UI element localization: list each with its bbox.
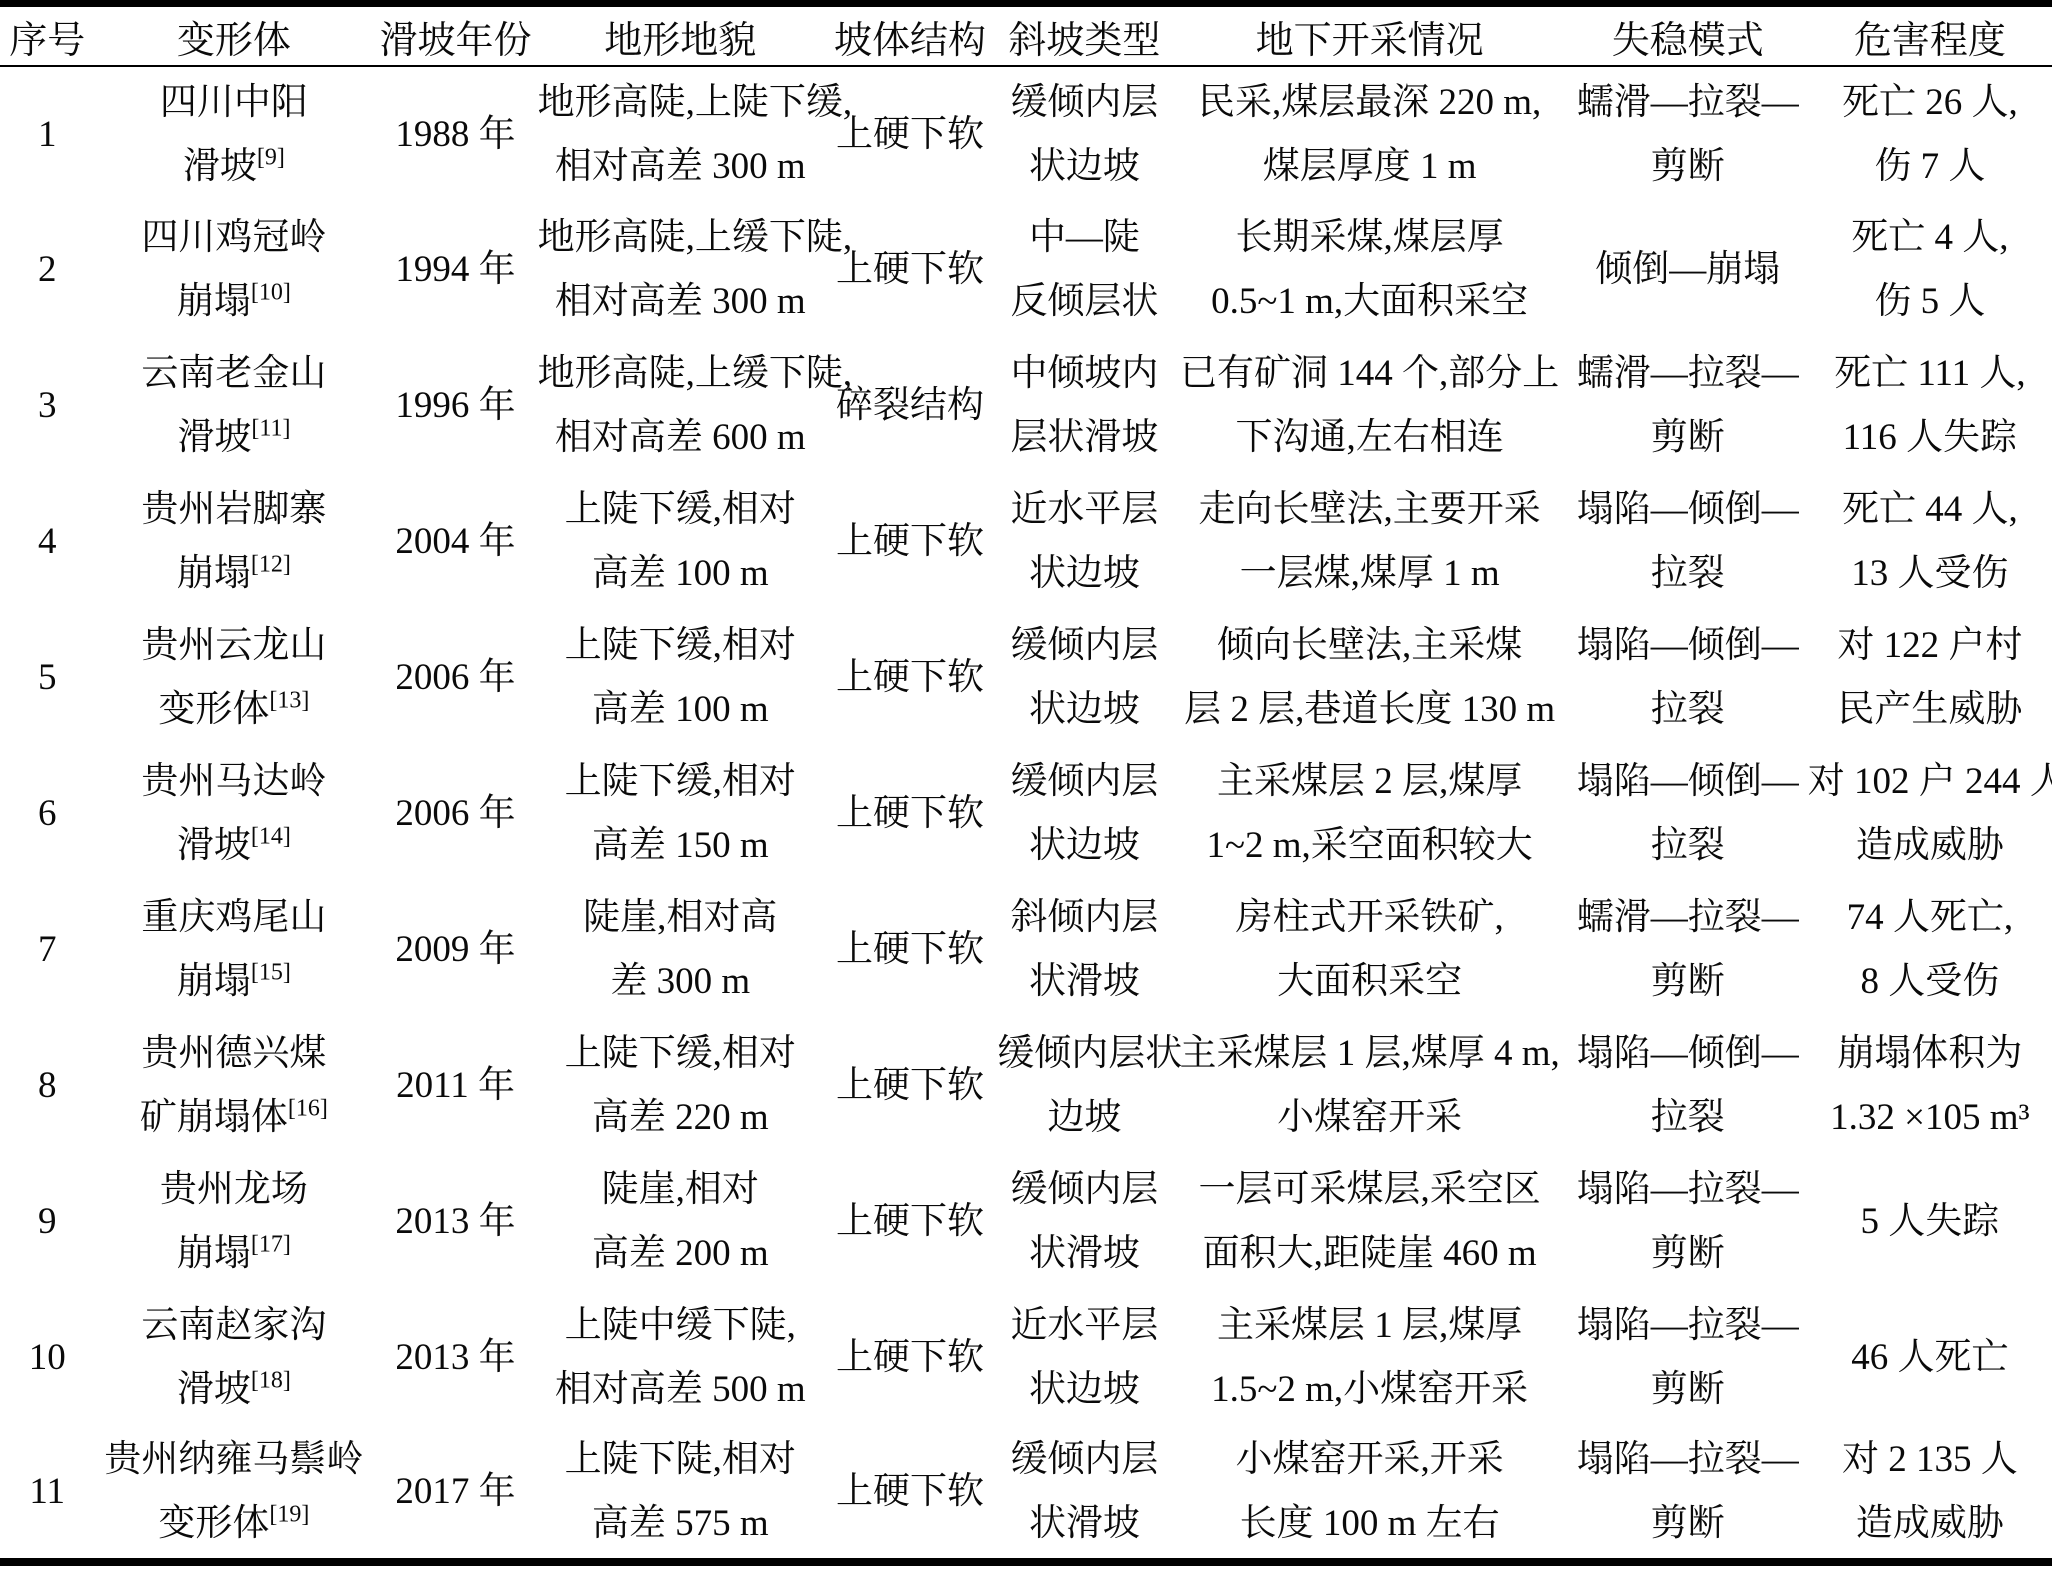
cell-year: 2004 年 xyxy=(373,474,537,610)
cell-line: 剪断 xyxy=(1568,135,1808,199)
cell-line: 伤 5 人 xyxy=(1808,270,2052,334)
cell-line: 陡崖,相对 xyxy=(538,1158,823,1222)
cell-line: 煤层厚度 1 m xyxy=(1172,135,1568,199)
table-row: 7重庆鸡尾山崩塌[15]2009 年陡崖,相对高差 300 m上硬下软斜倾内层状… xyxy=(0,882,2052,1018)
cell-mining-condition: 房柱式开采铁矿,大面积采空 xyxy=(1172,882,1568,1018)
cell-line: 高差 150 m xyxy=(538,814,823,878)
cell-line: 民采,煤层最深 220 m, xyxy=(1172,71,1568,135)
cell-damage-degree: 死亡 111 人,116 人失踪 xyxy=(1808,338,2052,474)
cell-line: 拉裂 xyxy=(1568,542,1808,606)
cell-line: 相对高差 500 m xyxy=(538,1358,823,1422)
cell-damage-degree: 对 102 户 244 人造成威胁 xyxy=(1808,746,2052,882)
cell-line: 116 人失踪 xyxy=(1808,406,2052,470)
cell-slope-structure: 上硬下软 xyxy=(823,746,997,882)
cell-year: 2017 年 xyxy=(373,1426,537,1562)
cell-line: 9 xyxy=(0,1190,94,1254)
table-header: 序号 变形体 滑坡年份 地形地貌 坡体结构 斜坡类型 地下开采情况 失稳模式 危… xyxy=(0,4,2052,67)
cell-line: 贵州龙场 xyxy=(94,1158,373,1222)
cell-line: 状边坡 xyxy=(997,1358,1171,1422)
cell-slope-type: 近水平层状边坡 xyxy=(997,474,1171,610)
cell-line: 死亡 26 人, xyxy=(1808,71,2052,135)
cell-line: 8 人受伤 xyxy=(1808,950,2052,1014)
cell-line: 剪断 xyxy=(1568,950,1808,1014)
cell-deformation-body: 四川鸡冠岭崩塌[10] xyxy=(94,202,373,338)
cell-line: 1 xyxy=(0,103,94,167)
table-body: 1四川中阳滑坡[9]1988 年地形高陡,上陡下缓,相对高差 300 m上硬下软… xyxy=(0,66,2052,1562)
cell-line: 一层煤,煤厚 1 m xyxy=(1172,542,1568,606)
reference-superscript: [13] xyxy=(269,688,309,714)
cell-deformation-body: 贵州德兴煤矿崩塌体[16] xyxy=(94,1018,373,1154)
cell-slope-type: 缓倾内层状边坡 xyxy=(997,610,1171,746)
cell-mining-condition: 倾向长壁法,主采煤层 2 层,巷道长度 130 m xyxy=(1172,610,1568,746)
cell-line: 上硬下软 xyxy=(823,1326,997,1390)
cell-line: 2011 年 xyxy=(373,1054,537,1118)
cell-line: 高差 200 m xyxy=(538,1222,823,1286)
cell-terrain: 上陡下缓,相对高差 150 m xyxy=(538,746,823,882)
cell-line: 地形高陡,上缓下陡, xyxy=(538,206,823,270)
cell-deformation-body: 贵州马达岭滑坡[14] xyxy=(94,746,373,882)
cell-line: 伤 7 人 xyxy=(1808,135,2052,199)
cell-line: 下沟通,左右相连 xyxy=(1172,406,1568,470)
cell-line: 1988 年 xyxy=(373,103,537,167)
cell-line: 2013 年 xyxy=(373,1190,537,1254)
cell-line: 斜倾内层 xyxy=(997,886,1171,950)
cell-line: 滑坡[18] xyxy=(94,1358,373,1422)
reference-superscript: [19] xyxy=(269,1502,309,1528)
cell-line: 云南老金山 xyxy=(94,342,373,406)
cell-line: 缓倾内层 xyxy=(997,614,1171,678)
cell-line: 上陡下缓,相对 xyxy=(538,750,823,814)
cell-mining-condition: 小煤窑开采,开采长度 100 m 左右 xyxy=(1172,1426,1568,1562)
cell-deformation-body: 贵州云龙山变形体[13] xyxy=(94,610,373,746)
cell-line: 边坡 xyxy=(997,1086,1171,1150)
cell-line: 缓倾内层 xyxy=(997,750,1171,814)
cell-line: 层 2 层,巷道长度 130 m xyxy=(1172,678,1568,742)
cell-year: 1994 年 xyxy=(373,202,537,338)
cell-line: 缓倾内层状 xyxy=(997,1022,1171,1086)
cell-line: 蠕滑—拉裂— xyxy=(1568,71,1808,135)
table-row: 3云南老金山滑坡[11]1996 年地形高陡,上缓下陡,相对高差 600 m碎裂… xyxy=(0,338,2052,474)
cell-line: 上陡下缓,相对 xyxy=(538,1022,823,1086)
cell-line: 拉裂 xyxy=(1568,814,1808,878)
cell-line: 贵州岩脚寨 xyxy=(94,478,373,542)
cell-slope-type: 近水平层状边坡 xyxy=(997,1290,1171,1426)
cell-line: 1.5~2 m,小煤窑开采 xyxy=(1172,1358,1568,1422)
cell-line: 剪断 xyxy=(1568,1492,1808,1556)
cell-line: 变形体[19] xyxy=(94,1492,373,1556)
cell-line: 上硬下软 xyxy=(823,1054,997,1118)
cell-deformation-body: 云南老金山滑坡[11] xyxy=(94,338,373,474)
cell-line: 面积大,距陡崖 460 m xyxy=(1172,1222,1568,1286)
cell-line: 状边坡 xyxy=(997,135,1171,199)
cell-line: 上硬下软 xyxy=(823,510,997,574)
cell-line: 塌陷—倾倒— xyxy=(1568,750,1808,814)
cell-line: 已有矿洞 144 个,部分上 xyxy=(1172,342,1568,406)
cell-line: 崩塌[10] xyxy=(94,270,373,334)
cell-line: 小煤窑开采 xyxy=(1172,1086,1568,1150)
cell-line: 5 xyxy=(0,646,94,710)
header-row: 序号 变形体 滑坡年份 地形地貌 坡体结构 斜坡类型 地下开采情况 失稳模式 危… xyxy=(0,4,2052,67)
cell-terrain: 地形高陡,上缓下陡,相对高差 300 m xyxy=(538,202,823,338)
column-header-damage-degree: 危害程度 xyxy=(1808,4,2052,67)
column-header-terrain: 地形地貌 xyxy=(538,4,823,67)
cell-terrain: 陡崖,相对高差 300 m xyxy=(538,882,823,1018)
cell-slope-type: 缓倾内层状边坡 xyxy=(997,66,1171,202)
cell-line: 贵州德兴煤 xyxy=(94,1022,373,1086)
cell-line: 上硬下软 xyxy=(823,1460,997,1524)
cell-line: 上硬下软 xyxy=(823,103,997,167)
cell-line: 2004 年 xyxy=(373,510,537,574)
cell-line: 46 人死亡 xyxy=(1808,1326,2052,1390)
cell-slope-structure: 上硬下软 xyxy=(823,474,997,610)
cell-no: 8 xyxy=(0,1018,94,1154)
cell-line: 缓倾内层 xyxy=(997,1428,1171,1492)
cell-line: 4 xyxy=(0,510,94,574)
cell-line: 上硬下软 xyxy=(823,646,997,710)
cell-line: 大面积采空 xyxy=(1172,950,1568,1014)
cell-damage-degree: 对 2 135 人造成威胁 xyxy=(1808,1426,2052,1562)
cell-line: 8 xyxy=(0,1054,94,1118)
cell-line: 上硬下软 xyxy=(823,918,997,982)
cell-line: 崩塌[12] xyxy=(94,542,373,606)
cell-no: 6 xyxy=(0,746,94,882)
column-header-deformation-body: 变形体 xyxy=(94,4,373,67)
cell-line: 2006 年 xyxy=(373,782,537,846)
cell-line: 1994 年 xyxy=(373,238,537,302)
cell-damage-degree: 死亡 26 人,伤 7 人 xyxy=(1808,66,2052,202)
cell-line: 陡崖,相对高 xyxy=(538,886,823,950)
cell-line: 上硬下软 xyxy=(823,1190,997,1254)
cell-line: 相对高差 300 m xyxy=(538,270,823,334)
cell-line: 74 人死亡, xyxy=(1808,886,2052,950)
reference-superscript: [17] xyxy=(251,1232,291,1258)
cell-line: 上陡下缓,相对 xyxy=(538,614,823,678)
cell-deformation-body: 重庆鸡尾山崩塌[15] xyxy=(94,882,373,1018)
cell-line: 贵州纳雍马鬃岭 xyxy=(94,1428,373,1492)
cell-line: 房柱式开采铁矿, xyxy=(1172,886,1568,950)
cell-line: 主采煤层 1 层,煤厚 4 m, xyxy=(1172,1022,1568,1086)
cell-year: 1996 年 xyxy=(373,338,537,474)
cell-slope-structure: 上硬下软 xyxy=(823,1426,997,1562)
cell-no: 7 xyxy=(0,882,94,1018)
cell-line: 滑坡[11] xyxy=(94,406,373,470)
cell-line: 相对高差 600 m xyxy=(538,406,823,470)
cell-instability-mode: 塌陷—拉裂—剪断 xyxy=(1568,1154,1808,1290)
cell-line: 蠕滑—拉裂— xyxy=(1568,886,1808,950)
cell-damage-degree: 5 人失踪 xyxy=(1808,1154,2052,1290)
cell-instability-mode: 塌陷—倾倒—拉裂 xyxy=(1568,746,1808,882)
cell-line: 差 300 m xyxy=(538,950,823,1014)
document-page: 序号 变形体 滑坡年份 地形地貌 坡体结构 斜坡类型 地下开采情况 失稳模式 危… xyxy=(0,0,2052,1569)
cell-line: 造成威胁 xyxy=(1808,1492,2052,1556)
cell-line: 缓倾内层 xyxy=(997,1158,1171,1222)
table-row: 10云南赵家沟滑坡[18]2013 年上陡中缓下陡,相对高差 500 m上硬下软… xyxy=(0,1290,2052,1426)
cell-no: 2 xyxy=(0,202,94,338)
cell-line: 高差 100 m xyxy=(538,542,823,606)
cell-line: 13 人受伤 xyxy=(1808,542,2052,606)
cell-line: 塌陷—倾倒— xyxy=(1568,478,1808,542)
cell-line: 2009 年 xyxy=(373,918,537,982)
cell-line: 中—陡 xyxy=(997,206,1171,270)
cell-line: 2013 年 xyxy=(373,1326,537,1390)
cell-line: 塌陷—拉裂— xyxy=(1568,1294,1808,1358)
reference-superscript: [18] xyxy=(251,1368,291,1394)
cell-line: 小煤窑开采,开采 xyxy=(1172,1428,1568,1492)
cell-slope-structure: 上硬下软 xyxy=(823,1018,997,1154)
cell-line: 死亡 4 人, xyxy=(1808,206,2052,270)
table-row: 11贵州纳雍马鬃岭变形体[19]2017 年上陡下陡,相对高差 575 m上硬下… xyxy=(0,1426,2052,1562)
cell-line: 高差 100 m xyxy=(538,678,823,742)
cell-line: 塌陷—拉裂— xyxy=(1568,1158,1808,1222)
cell-slope-type: 缓倾内层状滑坡 xyxy=(997,1154,1171,1290)
cell-line: 拉裂 xyxy=(1568,678,1808,742)
cell-line: 对 2 135 人 xyxy=(1808,1428,2052,1492)
cell-line: 倾倒—崩塌 xyxy=(1568,238,1808,302)
cell-year: 2006 年 xyxy=(373,610,537,746)
column-header-slope-type: 斜坡类型 xyxy=(997,4,1171,67)
cell-terrain: 地形高陡,上缓下陡,相对高差 600 m xyxy=(538,338,823,474)
cell-line: 变形体[13] xyxy=(94,678,373,742)
cell-damage-degree: 崩塌体积为1.32 ×105 m³ xyxy=(1808,1018,2052,1154)
column-header-mining-condition: 地下开采情况 xyxy=(1172,4,1568,67)
column-header-instability-mode: 失稳模式 xyxy=(1568,4,1808,67)
cell-slope-structure: 上硬下软 xyxy=(823,1154,997,1290)
cell-no: 5 xyxy=(0,610,94,746)
cell-line: 2006 年 xyxy=(373,646,537,710)
cell-terrain: 上陡下缓,相对高差 100 m xyxy=(538,610,823,746)
cell-instability-mode: 塌陷—倾倒—拉裂 xyxy=(1568,474,1808,610)
cell-line: 走向长壁法,主要开采 xyxy=(1172,478,1568,542)
cell-line: 状滑坡 xyxy=(997,1222,1171,1286)
cell-line: 6 xyxy=(0,782,94,846)
cell-no: 1 xyxy=(0,66,94,202)
cell-line: 死亡 111 人, xyxy=(1808,342,2052,406)
cell-line: 1.32 ×105 m³ xyxy=(1808,1086,2052,1150)
cell-mining-condition: 主采煤层 1 层,煤厚1.5~2 m,小煤窑开采 xyxy=(1172,1290,1568,1426)
cell-slope-type: 缓倾内层状滑坡 xyxy=(997,1426,1171,1562)
cell-line: 长度 100 m 左右 xyxy=(1172,1492,1568,1556)
table-row: 9贵州龙场崩塌[17]2013 年陡崖,相对高差 200 m上硬下软缓倾内层状滑… xyxy=(0,1154,2052,1290)
cell-line: 10 xyxy=(0,1326,94,1390)
column-header-year: 滑坡年份 xyxy=(373,4,537,67)
cell-line: 上陡下陡,相对 xyxy=(538,1428,823,1492)
cell-slope-type: 缓倾内层状边坡 xyxy=(997,1018,1171,1154)
cell-slope-type: 中倾坡内层状滑坡 xyxy=(997,338,1171,474)
cell-line: 地形高陡,上陡下缓, xyxy=(538,71,823,135)
cell-mining-condition: 已有矿洞 144 个,部分上下沟通,左右相连 xyxy=(1172,338,1568,474)
cell-line: 0.5~1 m,大面积采空 xyxy=(1172,270,1568,334)
cell-line: 对 122 户村 xyxy=(1808,614,2052,678)
cell-line: 7 xyxy=(0,918,94,982)
reference-superscript: [16] xyxy=(288,1096,328,1122)
cell-line: 近水平层 xyxy=(997,1294,1171,1358)
cell-line: 层状滑坡 xyxy=(997,406,1171,470)
cell-line: 状滑坡 xyxy=(997,1492,1171,1556)
cell-line: 民产生威胁 xyxy=(1808,678,2052,742)
cell-damage-degree: 死亡 44 人,13 人受伤 xyxy=(1808,474,2052,610)
cell-instability-mode: 倾倒—崩塌 xyxy=(1568,202,1808,338)
cell-line: 上硬下软 xyxy=(823,238,997,302)
cell-slope-type: 中—陡反倾层状 xyxy=(997,202,1171,338)
cell-line: 主采煤层 2 层,煤厚 xyxy=(1172,750,1568,814)
cell-deformation-body: 贵州龙场崩塌[17] xyxy=(94,1154,373,1290)
cell-line: 主采煤层 1 层,煤厚 xyxy=(1172,1294,1568,1358)
cell-instability-mode: 蠕滑—拉裂—剪断 xyxy=(1568,66,1808,202)
cell-mining-condition: 长期采煤,煤层厚0.5~1 m,大面积采空 xyxy=(1172,202,1568,338)
cell-line: 状滑坡 xyxy=(997,950,1171,1014)
cell-line: 重庆鸡尾山 xyxy=(94,886,373,950)
cell-terrain: 上陡下陡,相对高差 575 m xyxy=(538,1426,823,1562)
cell-mining-condition: 走向长壁法,主要开采一层煤,煤厚 1 m xyxy=(1172,474,1568,610)
cell-line: 滑坡[9] xyxy=(94,135,373,199)
cell-year: 1988 年 xyxy=(373,66,537,202)
cell-terrain: 上陡中缓下陡,相对高差 500 m xyxy=(538,1290,823,1426)
cell-year: 2006 年 xyxy=(373,746,537,882)
cell-year: 2013 年 xyxy=(373,1290,537,1426)
cell-line: 状边坡 xyxy=(997,542,1171,606)
cell-damage-degree: 74 人死亡,8 人受伤 xyxy=(1808,882,2052,1018)
cell-instability-mode: 塌陷—拉裂—剪断 xyxy=(1568,1426,1808,1562)
landslide-cases-table: 序号 变形体 滑坡年份 地形地貌 坡体结构 斜坡类型 地下开采情况 失稳模式 危… xyxy=(0,0,2052,1566)
cell-deformation-body: 四川中阳滑坡[9] xyxy=(94,66,373,202)
cell-line: 塌陷—倾倒— xyxy=(1568,1022,1808,1086)
cell-line: 矿崩塌体[16] xyxy=(94,1086,373,1150)
cell-year: 2009 年 xyxy=(373,882,537,1018)
cell-mining-condition: 主采煤层 1 层,煤厚 4 m,小煤窑开采 xyxy=(1172,1018,1568,1154)
table-row: 6贵州马达岭滑坡[14]2006 年上陡下缓,相对高差 150 m上硬下软缓倾内… xyxy=(0,746,2052,882)
cell-damage-degree: 死亡 4 人,伤 5 人 xyxy=(1808,202,2052,338)
cell-line: 地形高陡,上缓下陡, xyxy=(538,342,823,406)
cell-damage-degree: 对 122 户村民产生威胁 xyxy=(1808,610,2052,746)
cell-line: 造成威胁 xyxy=(1808,814,2052,878)
reference-superscript: [15] xyxy=(251,960,291,986)
cell-line: 四川中阳 xyxy=(94,71,373,135)
cell-terrain: 上陡下缓,相对高差 100 m xyxy=(538,474,823,610)
cell-line: 剪断 xyxy=(1568,1222,1808,1286)
cell-instability-mode: 蠕滑—拉裂—剪断 xyxy=(1568,882,1808,1018)
cell-line: 1996 年 xyxy=(373,374,537,438)
cell-instability-mode: 塌陷—拉裂—剪断 xyxy=(1568,1290,1808,1426)
table-row: 5贵州云龙山变形体[13]2006 年上陡下缓,相对高差 100 m上硬下软缓倾… xyxy=(0,610,2052,746)
table-row: 1四川中阳滑坡[9]1988 年地形高陡,上陡下缓,相对高差 300 m上硬下软… xyxy=(0,66,2052,202)
cell-line: 崩塌体积为 xyxy=(1808,1022,2052,1086)
cell-line: 滑坡[14] xyxy=(94,814,373,878)
cell-line: 上陡中缓下陡, xyxy=(538,1294,823,1358)
cell-line: 贵州云龙山 xyxy=(94,614,373,678)
table-row: 8贵州德兴煤矿崩塌体[16]2011 年上陡下缓,相对高差 220 m上硬下软缓… xyxy=(0,1018,2052,1154)
cell-line: 状边坡 xyxy=(997,678,1171,742)
table-row: 2四川鸡冠岭崩塌[10]1994 年地形高陡,上缓下陡,相对高差 300 m上硬… xyxy=(0,202,2052,338)
cell-slope-type: 缓倾内层状边坡 xyxy=(997,746,1171,882)
cell-line: 碎裂结构 xyxy=(823,374,997,438)
cell-instability-mode: 蠕滑—拉裂—剪断 xyxy=(1568,338,1808,474)
cell-damage-degree: 46 人死亡 xyxy=(1808,1290,2052,1426)
cell-line: 状边坡 xyxy=(997,814,1171,878)
table-row: 4贵州岩脚寨崩塌[12]2004 年上陡下缓,相对高差 100 m上硬下软近水平… xyxy=(0,474,2052,610)
cell-terrain: 陡崖,相对高差 200 m xyxy=(538,1154,823,1290)
cell-line: 对 102 户 244 人 xyxy=(1808,750,2052,814)
cell-line: 死亡 44 人, xyxy=(1808,478,2052,542)
cell-line: 塌陷—倾倒— xyxy=(1568,614,1808,678)
cell-slope-structure: 上硬下软 xyxy=(823,882,997,1018)
cell-terrain: 上陡下缓,相对高差 220 m xyxy=(538,1018,823,1154)
cell-mining-condition: 一层可采煤层,采空区面积大,距陡崖 460 m xyxy=(1172,1154,1568,1290)
reference-superscript: [11] xyxy=(251,416,290,442)
cell-slope-type: 斜倾内层状滑坡 xyxy=(997,882,1171,1018)
cell-line: 一层可采煤层,采空区 xyxy=(1172,1158,1568,1222)
cell-line: 1~2 m,采空面积较大 xyxy=(1172,814,1568,878)
reference-superscript: [14] xyxy=(251,824,291,850)
cell-line: 倾向长壁法,主采煤 xyxy=(1172,614,1568,678)
cell-no: 4 xyxy=(0,474,94,610)
cell-line: 高差 575 m xyxy=(538,1492,823,1556)
cell-line: 云南赵家沟 xyxy=(94,1294,373,1358)
cell-line: 高差 220 m xyxy=(538,1086,823,1150)
cell-no: 9 xyxy=(0,1154,94,1290)
cell-terrain: 地形高陡,上陡下缓,相对高差 300 m xyxy=(538,66,823,202)
cell-instability-mode: 塌陷—倾倒—拉裂 xyxy=(1568,1018,1808,1154)
cell-no: 11 xyxy=(0,1426,94,1562)
cell-year: 2011 年 xyxy=(373,1018,537,1154)
cell-line: 崩塌[15] xyxy=(94,950,373,1014)
cell-line: 2 xyxy=(0,238,94,302)
cell-line: 2017 年 xyxy=(373,1460,537,1524)
cell-line: 拉裂 xyxy=(1568,1086,1808,1150)
cell-line: 11 xyxy=(0,1460,94,1524)
cell-line: 相对高差 300 m xyxy=(538,135,823,199)
reference-superscript: [10] xyxy=(251,280,291,306)
cell-line: 5 人失踪 xyxy=(1808,1190,2052,1254)
cell-line: 反倾层状 xyxy=(997,270,1171,334)
cell-line: 长期采煤,煤层厚 xyxy=(1172,206,1568,270)
cell-mining-condition: 主采煤层 2 层,煤厚1~2 m,采空面积较大 xyxy=(1172,746,1568,882)
cell-line: 上硬下软 xyxy=(823,782,997,846)
cell-deformation-body: 贵州岩脚寨崩塌[12] xyxy=(94,474,373,610)
cell-line: 3 xyxy=(0,374,94,438)
cell-slope-structure: 上硬下软 xyxy=(823,610,997,746)
reference-superscript: [9] xyxy=(257,144,285,170)
cell-line: 蠕滑—拉裂— xyxy=(1568,342,1808,406)
cell-deformation-body: 云南赵家沟滑坡[18] xyxy=(94,1290,373,1426)
cell-line: 塌陷—拉裂— xyxy=(1568,1428,1808,1492)
cell-no: 10 xyxy=(0,1290,94,1426)
cell-line: 贵州马达岭 xyxy=(94,750,373,814)
column-header-no: 序号 xyxy=(0,4,94,67)
cell-slope-structure: 上硬下软 xyxy=(823,1290,997,1426)
cell-line: 崩塌[17] xyxy=(94,1222,373,1286)
cell-line: 中倾坡内 xyxy=(997,342,1171,406)
cell-mining-condition: 民采,煤层最深 220 m,煤层厚度 1 m xyxy=(1172,66,1568,202)
cell-line: 近水平层 xyxy=(997,478,1171,542)
cell-instability-mode: 塌陷—倾倒—拉裂 xyxy=(1568,610,1808,746)
cell-deformation-body: 贵州纳雍马鬃岭变形体[19] xyxy=(94,1426,373,1562)
cell-year: 2013 年 xyxy=(373,1154,537,1290)
cell-line: 缓倾内层 xyxy=(997,71,1171,135)
cell-line: 四川鸡冠岭 xyxy=(94,206,373,270)
cell-line: 上陡下缓,相对 xyxy=(538,478,823,542)
cell-no: 3 xyxy=(0,338,94,474)
reference-superscript: [12] xyxy=(251,552,291,578)
cell-line: 剪断 xyxy=(1568,1358,1808,1422)
cell-line: 剪断 xyxy=(1568,406,1808,470)
column-header-slope-structure: 坡体结构 xyxy=(823,4,997,67)
